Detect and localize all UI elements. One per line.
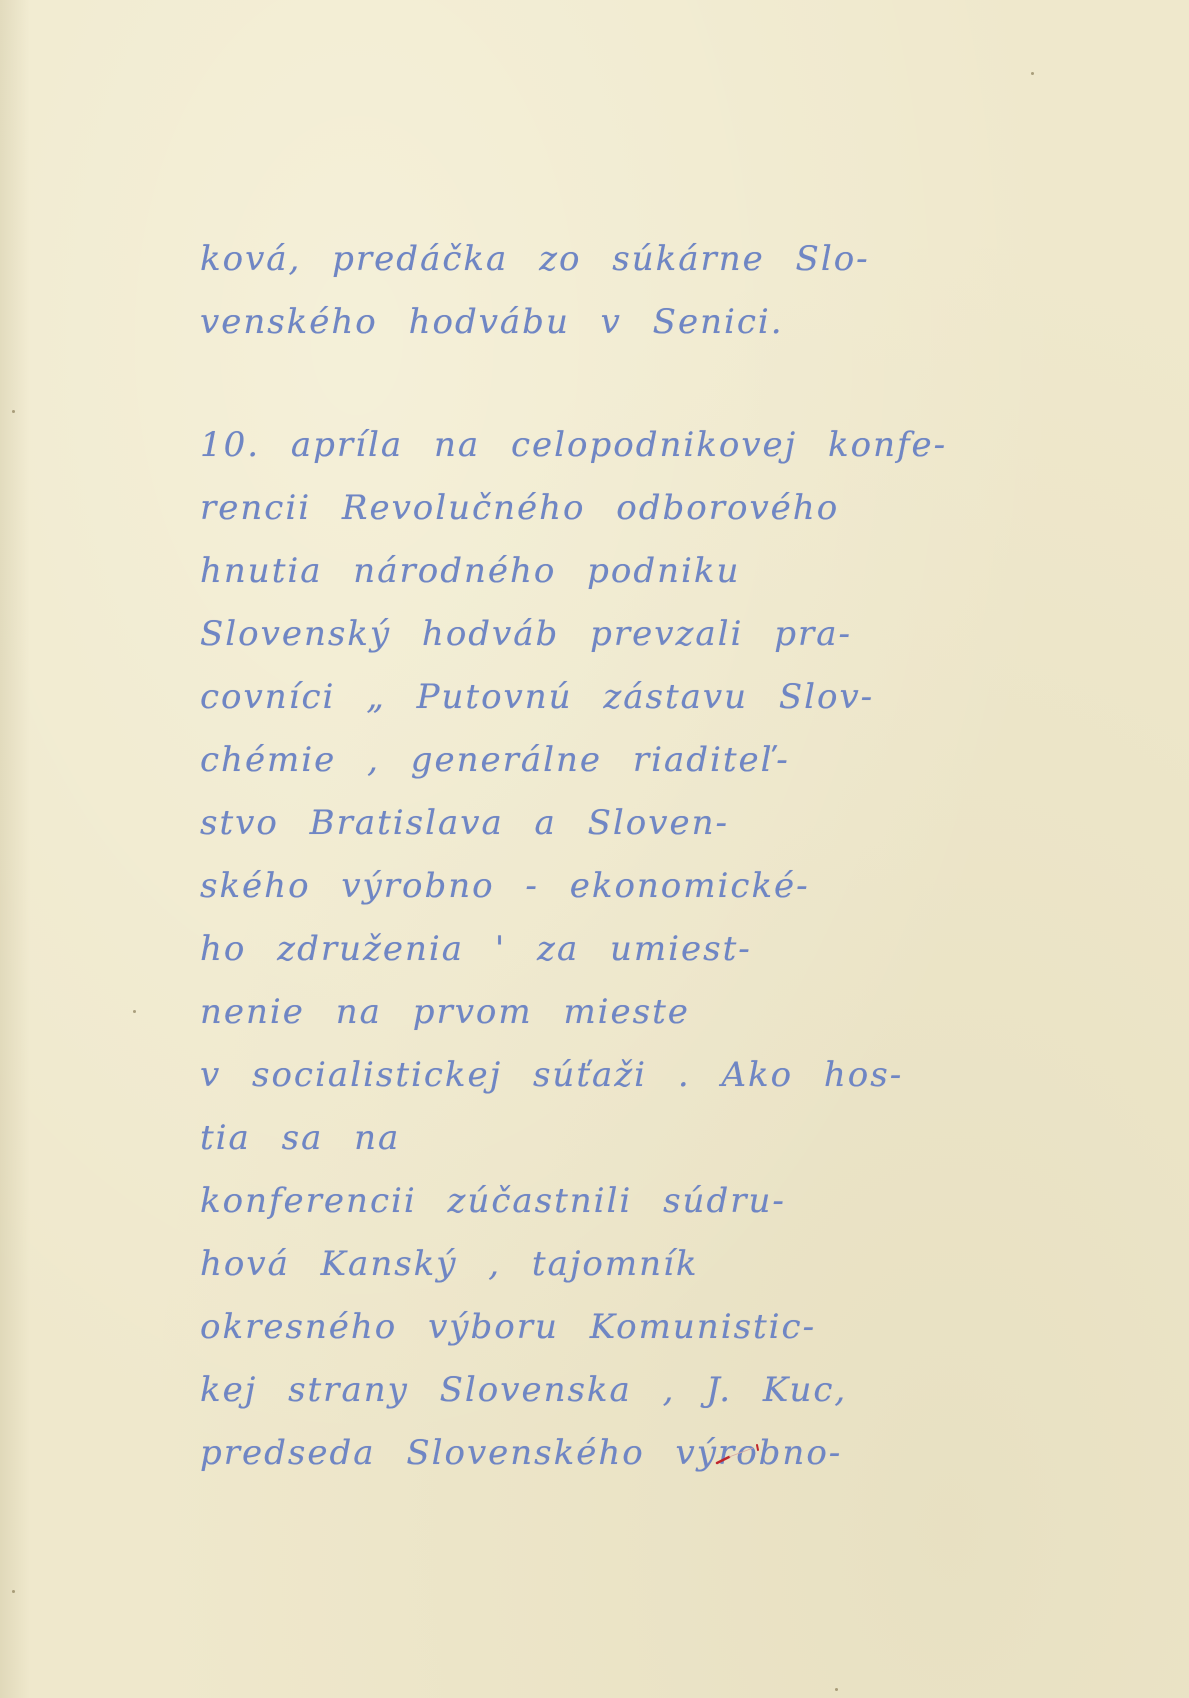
page-gutter-shadow	[0, 0, 30, 1698]
text-line: okresného výboru Komunistic-	[200, 1296, 980, 1359]
paper-speck	[12, 410, 15, 413]
text-line: tia sa na	[200, 1107, 980, 1170]
text-line: nenie na prvom mieste	[200, 981, 980, 1044]
text-line: rencii Revolučného odborového	[200, 477, 980, 540]
text-line: stvo Bratislava a Sloven-	[200, 792, 980, 855]
text-line: venského hodvábu v Senici.	[200, 291, 980, 354]
text-line: kej strany Slovenska , J. Kuc,	[200, 1359, 980, 1422]
text-line: chémie , generálne riaditeľ-	[200, 729, 980, 792]
text-line: hnutia národného podniku	[200, 540, 980, 603]
paper-speck	[133, 1010, 136, 1013]
red-pencil-mark-icon	[715, 1443, 763, 1465]
paper-speck	[1031, 72, 1034, 75]
document-page: ková, predáčka zo súkárne Slo- venského …	[0, 0, 1189, 1698]
handwritten-text-block: ková, predáčka zo súkárne Slo- venského …	[200, 228, 980, 1485]
text-line: v socialistickej súťaži . Ako hos-	[200, 1044, 980, 1107]
text-line: Slovenský hodváb prevzali pra-	[200, 603, 980, 666]
text-line: covníci „ Putovnú zástavu Slov-	[200, 666, 980, 729]
text-line: konferencii zúčastnili súdru-	[200, 1170, 980, 1233]
text-line: ho združenia ' za umiest-	[200, 918, 980, 981]
paper-speck	[12, 1590, 15, 1593]
text-line: ková, predáčka zo súkárne Slo-	[200, 228, 980, 291]
paper-speck	[835, 1688, 838, 1691]
text-line: hová Kanský , tajomník	[200, 1233, 980, 1296]
text-line: ského výrobno - ekonomické-	[200, 855, 980, 918]
text-line: 10. apríla na celopodnikovej konfe-	[200, 414, 980, 477]
text-line: predseda Slovenského výrobno-	[200, 1422, 980, 1485]
paragraph-gap	[200, 354, 980, 414]
